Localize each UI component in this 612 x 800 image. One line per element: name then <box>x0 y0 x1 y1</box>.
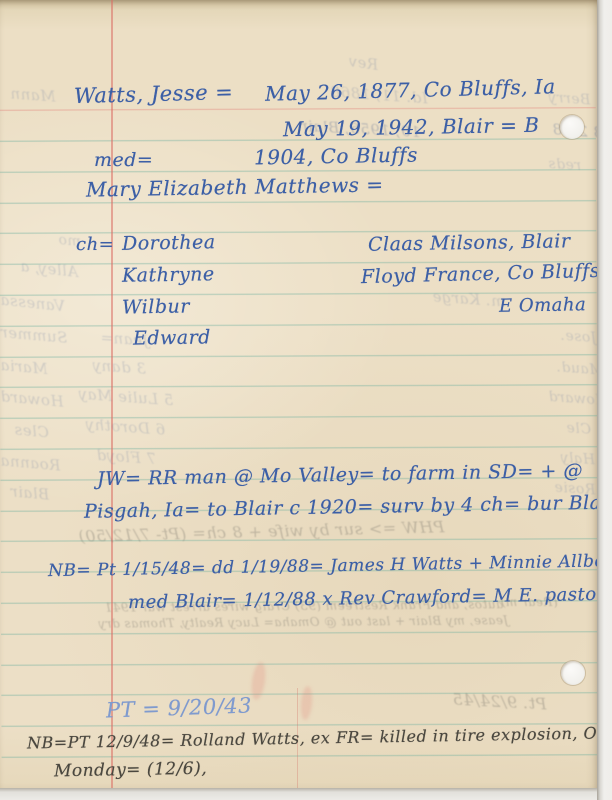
punch-hole <box>560 115 584 139</box>
handwriting-line: Kathryne <box>122 265 215 286</box>
ruled-line <box>2 754 599 759</box>
handwriting-line: May 19, 1942, Blair = B <box>283 115 540 139</box>
ruled-line <box>0 446 597 451</box>
ruled-line <box>1 661 598 666</box>
bleedthrough-text: Mann <box>10 86 57 104</box>
scanner-background-bottom <box>0 788 597 800</box>
handwriting-line: Mary Elizabeth Matthews = <box>86 174 384 199</box>
ruled-line <box>0 353 597 358</box>
bleedthrough-text: Maria <box>0 358 48 377</box>
handwriting-line: Watts, Jesse = <box>74 82 234 107</box>
ruled-line <box>1 630 598 635</box>
ruled-line <box>0 168 596 173</box>
handwriting-line: Monday= (12/6), <box>54 761 207 781</box>
bleedthrough-text: Cles <box>13 423 49 441</box>
bleedthrough-text: Jease, my Blair + last out @ Omaha= Lucy… <box>98 614 508 630</box>
handwriting-line: Edward <box>133 328 211 348</box>
bleedthrough-text: reds <box>548 157 582 173</box>
note-card-paper: RevId. 11, 186810, 1956, BlairBerryB 21-… <box>0 0 597 788</box>
ruled-line <box>0 322 597 327</box>
punch-hole <box>561 661 585 685</box>
bleedthrough-text: Jose. <box>560 329 597 346</box>
scanner-background-right <box>597 0 612 800</box>
handwriting-line: Wilbur <box>122 297 190 317</box>
bleedthrough-text: 3 dany <box>92 358 147 377</box>
bleedthrough-text: Rev <box>347 54 379 73</box>
scanned-document: RevId. 11, 186810, 1956, BlairBerryB 21-… <box>0 0 612 800</box>
handwriting-line: ch= <box>76 236 114 254</box>
handwriting-line: Dorothea <box>122 233 216 254</box>
bleedthrough-text: 7 Floyd <box>96 448 157 467</box>
handwriting-line: med= <box>94 151 153 170</box>
handwriting-line: PT = 9/20/43 <box>106 695 253 721</box>
bleedthrough-text: Blair <box>9 484 49 502</box>
bleedthrough-text: Cle <box>566 421 592 437</box>
handwriting-line: Claas Milsons, Blair <box>368 232 571 255</box>
handwriting-line: 1904, Co Bluffs <box>254 145 418 168</box>
bleedthrough-text: Pt. 9/24/45 <box>452 692 547 713</box>
handwriting-line: E Omaha <box>499 296 587 316</box>
